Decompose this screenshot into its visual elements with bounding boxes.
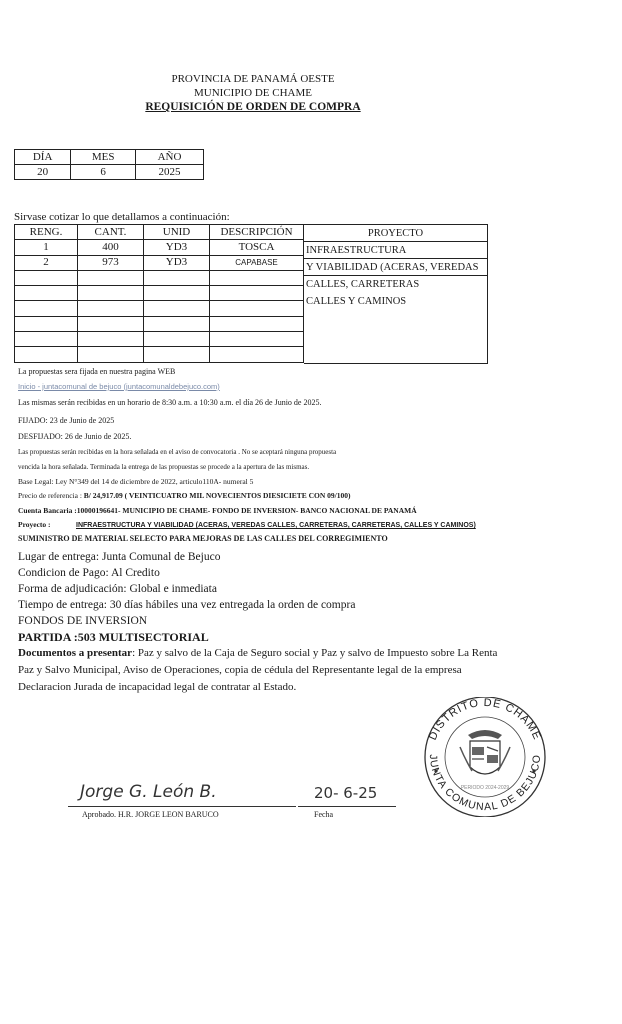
reception-text: Las mismas serán recibidas en un horario…	[18, 398, 321, 408]
cell-descripcion: TOSCA	[210, 240, 304, 255]
cell-empty	[210, 301, 304, 316]
table-row: 2 973 YD3 CAPABASE	[15, 255, 304, 270]
cell-empty	[15, 332, 78, 347]
table-row: 1 400 YD3 TOSCA	[15, 240, 304, 255]
official-stamp: DISTRITO DE CHAME JUNTA COMUNAL DE BEJUC…	[410, 697, 560, 817]
cell-empty	[144, 270, 210, 285]
account-label: Cuenta Bancaria :	[18, 506, 77, 515]
cell-empty	[15, 347, 78, 362]
table-row	[15, 316, 304, 331]
project-line: INFRAESTRUCTURA	[304, 242, 487, 259]
year-value: 2025	[135, 165, 203, 180]
table-row	[15, 270, 304, 285]
date-line: 20- 6-25	[298, 788, 396, 807]
base-legal: Base Legal: Ley N°349 del 14 de diciembr…	[18, 477, 253, 487]
date-label: Fecha	[314, 810, 333, 819]
cell-empty	[144, 301, 210, 316]
delivery-time: Tiempo de entrega: 30 días hábiles una v…	[18, 598, 355, 613]
col-header-reng: RENG.	[15, 225, 78, 240]
stamp-seal-icon: DISTRITO DE CHAME JUNTA COMUNAL DE BEJUC…	[410, 697, 560, 817]
cell-reng: 1	[15, 240, 78, 255]
document-title: REQUISICIÓN DE ORDEN DE COMPRA	[0, 100, 506, 114]
cell-empty	[144, 286, 210, 301]
web-notice: La propuestas sera fijada en nuestra pag…	[18, 367, 175, 377]
project-line-full: Proyecto :INFRAESTRUCTURA Y VIABILIDAD (…	[18, 520, 476, 531]
cell-empty	[15, 301, 78, 316]
table-row	[15, 286, 304, 301]
cell-empty	[210, 332, 304, 347]
cell-empty	[210, 316, 304, 331]
col-header-descripcion: DESCRIPCIÓN	[210, 225, 304, 240]
year-header: AÑO	[135, 150, 203, 165]
cell-empty	[210, 347, 304, 362]
payment-condition: Condicion de Pago: Al Credito	[18, 566, 160, 581]
cell-reng: 2	[15, 255, 78, 270]
cell-unid: YD3	[144, 240, 210, 255]
reference-price: Precio de referencia : B/ 24,917.09 ( VE…	[18, 491, 351, 501]
date-header-row: DÍA MES AÑO	[15, 150, 204, 165]
cell-empty	[78, 316, 144, 331]
cell-empty	[144, 332, 210, 347]
supply-text: SUMINISTRO DE MATERIAL SELECTO PARA MEJO…	[18, 534, 388, 544]
desfijado-text: DESFIJADO: 26 de Junio de 2025.	[18, 432, 131, 442]
stamp-bottom-text: JUNTA COMUNAL DE BEJUCO	[427, 754, 543, 813]
bank-account: Cuenta Bancaria :10000196641- MUNICIPIO …	[18, 506, 417, 516]
table-row	[15, 301, 304, 316]
date-value-row: 20 6 2025	[15, 165, 204, 180]
cell-empty	[15, 270, 78, 285]
cell-empty	[210, 270, 304, 285]
cell-empty	[78, 270, 144, 285]
project-value: INFRAESTRUCTURA Y VIABILIDAD (ACERAS, VE…	[76, 522, 476, 529]
documents-text: : Paz y salvo de la Caja de Seguro socia…	[132, 647, 497, 659]
date-table: DÍA MES AÑO 20 6 2025	[14, 149, 204, 180]
cell-empty	[15, 316, 78, 331]
cell-empty	[78, 347, 144, 362]
documents-line-2: Paz y Salvo Municipal, Aviso de Operacio…	[18, 663, 462, 677]
items-table: RENG. CANT. UNID DESCRIPCIÓN 1 400 YD3 T…	[14, 224, 304, 363]
documents-line-3: Declaracion Jurada de incapacidad legal …	[18, 680, 296, 694]
award-form: Forma de adjudicación: Global e inmediat…	[18, 582, 217, 597]
table-row	[15, 347, 304, 362]
cell-cant: 400	[78, 240, 144, 255]
cell-empty	[78, 301, 144, 316]
partida: PARTIDA :503 MULTISECTORIAL	[18, 630, 209, 645]
items-header-row: RENG. CANT. UNID DESCRIPCIÓN	[15, 225, 304, 240]
cell-cant: 973	[78, 255, 144, 270]
cell-unid: YD3	[144, 255, 210, 270]
col-header-unid: UNID	[144, 225, 210, 240]
handwritten-signature: Jorge G. León B.	[80, 782, 217, 802]
cell-empty	[78, 286, 144, 301]
province-heading: PROVINCIA DE PANAMÁ OESTE	[0, 72, 506, 86]
month-value: 6	[71, 165, 136, 180]
cell-empty	[144, 347, 210, 362]
project-line: CALLES, CARRETERAS	[304, 276, 487, 293]
cell-empty	[144, 316, 210, 331]
fijado-text: FIJADO: 23 de Junio de 2025	[18, 416, 114, 426]
price-label: Precio de referencia :	[18, 491, 84, 500]
proposals-text-2: vencida la hora señalada. Terminada la e…	[18, 462, 309, 472]
cell-empty	[15, 286, 78, 301]
municipality-heading: MUNICIPIO DE CHAME	[0, 86, 506, 100]
project-box: PROYECTO INFRAESTRUCTURA Y VIABILIDAD (A…	[304, 224, 488, 364]
handwritten-date: 20- 6-25	[314, 784, 377, 802]
signature-line: Jorge G. León B.	[68, 788, 296, 807]
project-line: Y VIABILIDAD (ACERAS, VEREDAS	[304, 259, 487, 276]
funds: FONDOS DE INVERSION	[18, 614, 147, 629]
stamp-period: PERIODO 2024-2029	[461, 785, 510, 791]
documents-line-1: Documentos a presentar: Paz y salvo de l…	[18, 646, 497, 660]
proposals-text-1: Las propuestas serán recibidas en la hor…	[18, 447, 336, 457]
day-value: 20	[15, 165, 71, 180]
delivery-place: Lugar de entrega: Junta Comunal de Bejuc…	[18, 550, 220, 565]
project-label: Proyecto :	[18, 520, 76, 530]
approved-by: Aprobado. H.R. JORGE LEON BARUCO	[82, 810, 219, 819]
web-link[interactable]: Inicio - juntacomunal de bejuco (juntaco…	[18, 382, 220, 391]
account-value: 10000196641- MUNICIPIO DE CHAME- FONDO D…	[77, 506, 417, 515]
project-header: PROYECTO	[304, 225, 487, 242]
cell-descripcion: CAPABASE	[210, 255, 304, 270]
svg-text:JUNTA COMUNAL DE BEJUCO: JUNTA COMUNAL DE BEJUCO	[427, 754, 543, 813]
intro-text: Sirvase cotizar lo que detallamos a cont…	[14, 211, 230, 223]
project-line: CALLES Y CAMINOS	[304, 293, 487, 310]
day-header: DÍA	[15, 150, 71, 165]
cell-empty	[210, 286, 304, 301]
cell-empty	[78, 332, 144, 347]
price-value: B/ 24,917.09 ( VEINTICUATRO MIL NOVECIEN…	[84, 491, 351, 500]
month-header: MES	[71, 150, 136, 165]
documents-label: Documentos a presentar	[18, 647, 132, 659]
table-row	[15, 332, 304, 347]
col-header-cant: CANT.	[78, 225, 144, 240]
